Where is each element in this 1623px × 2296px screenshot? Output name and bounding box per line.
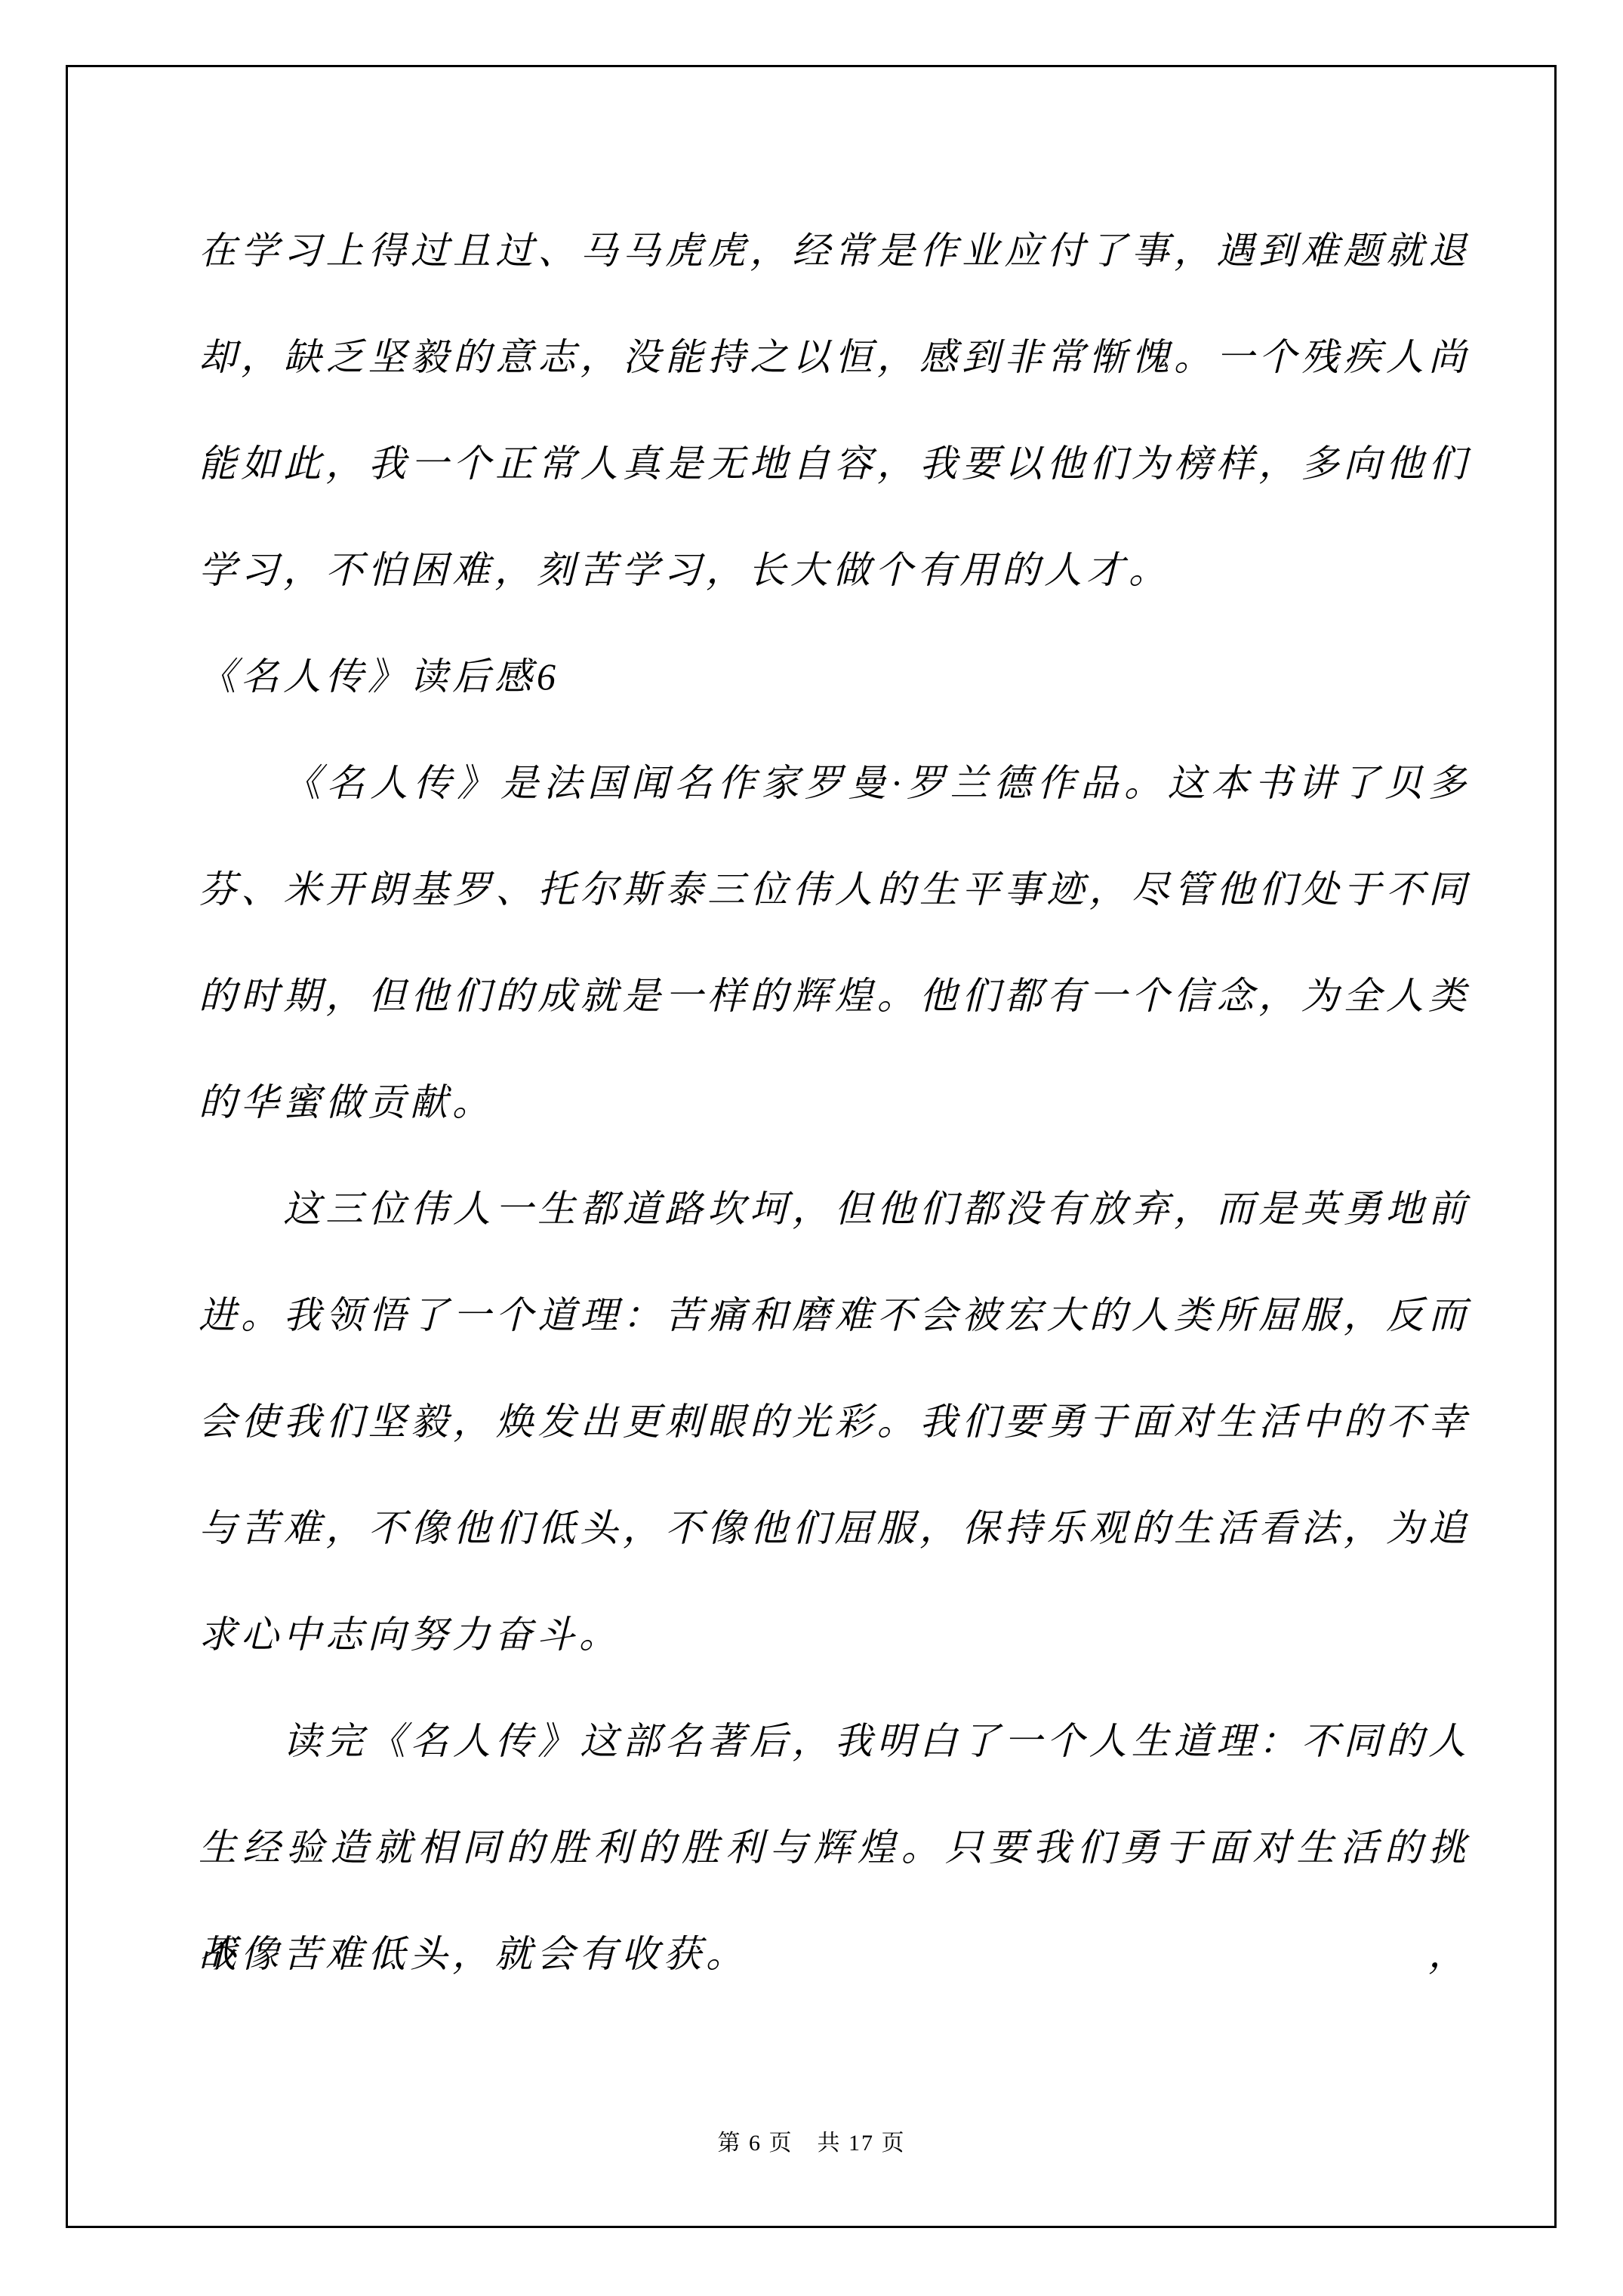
text-line: 学习，不怕困难，刻苦学习，长大做个有用的人才。 xyxy=(199,517,1471,624)
page-footer: 第 6 页 共 17 页 xyxy=(0,2131,1623,2156)
text-line: 会使我们坚毅，焕发出更刺眼的光彩。我们要勇于面对生活中的不幸 xyxy=(199,1369,1471,1475)
text-line: 与苦难，不像他们低头，不像他们屈服，保持乐观的生活看法，为追 xyxy=(199,1475,1471,1582)
text-line: 进。我领悟了一个道理：苦痛和磨难不会被宏大的人类所屈服，反而 xyxy=(199,1262,1471,1369)
text-line: 在学习上得过且过、马马虎虎，经常是作业应付了事，遇到难题就退 xyxy=(199,198,1471,304)
document-body: 在学习上得过且过、马马虎虎，经常是作业应付了事，遇到难题就退却，缺乏坚毅的意志，… xyxy=(199,198,1471,2008)
text-line: 生经验造就相同的胜利的胜利与辉煌。只要我们勇于面对生活的挑战， xyxy=(199,1795,1471,1901)
text-line: 能如此，我一个正常人真是无地自容，我要以他们为榜样，多向他们 xyxy=(199,411,1471,517)
text-line: 这三位伟人一生都道路坎坷，但他们都没有放弃，而是英勇地前 xyxy=(199,1156,1471,1262)
text-line: 《名人传》是法国闻名作家罗曼·罗兰德作品。这本书讲了贝多 xyxy=(199,730,1471,837)
text-line: 芬、米开朗基罗、托尔斯泰三位伟人的生平事迹，尽管他们处于不同 xyxy=(199,837,1471,943)
text-line: 却，缺乏坚毅的意志，没能持之以恒，感到非常惭愧。一个残疾人尚 xyxy=(199,304,1471,411)
text-line: 的华蜜做贡献。 xyxy=(199,1049,1471,1156)
document-page: 在学习上得过且过、马马虎虎，经常是作业应付了事，遇到难题就退却，缺乏坚毅的意志，… xyxy=(0,0,1623,2296)
text-line: 的时期，但他们的成就是一样的辉煌。他们都有一个信念，为全人类 xyxy=(199,943,1471,1049)
text-line: 求心中志向努力奋斗。 xyxy=(199,1582,1471,1688)
text-line: 读完《名人传》这部名著后，我明白了一个人生道理：不同的人 xyxy=(199,1688,1471,1795)
text-line: 《名人传》读后感6 xyxy=(199,624,1471,730)
